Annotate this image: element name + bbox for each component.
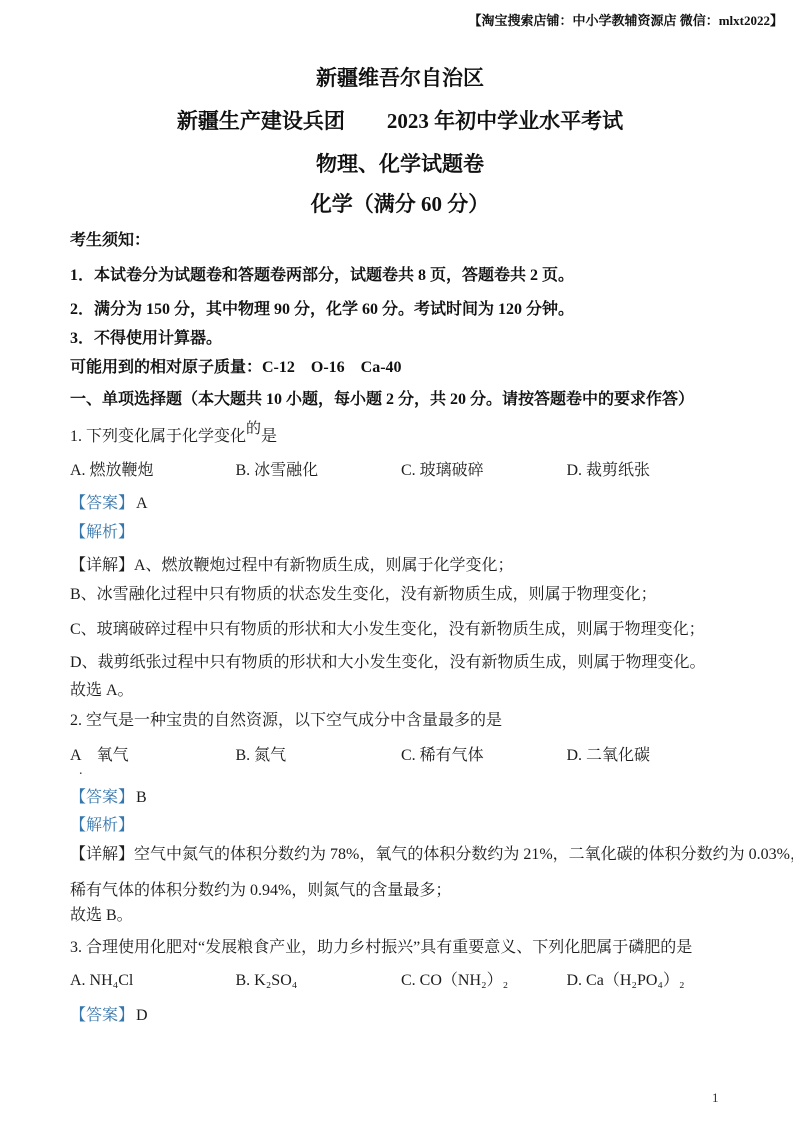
question-1-detail-3: C、玻璃破碎过程中只有物质的形状和大小发生变化，没有新物质生成，则属于物理变化； xyxy=(70,619,732,641)
analysis-label: 【解析】 xyxy=(70,524,134,541)
question-2-answer-line: 【答案】B xyxy=(70,787,732,809)
question-1-detail-1: 【详解】A、燃放鞭炮过程中有新物质生成，则属于化学变化； xyxy=(70,555,732,577)
question-1-stem-superscript: 的 xyxy=(246,421,261,437)
answer-label: 【答案】 xyxy=(70,495,134,512)
question-1-stem-tail: 是 xyxy=(261,428,277,445)
question-1-answer-value: A xyxy=(136,495,148,512)
question-1-option-c: C. 玻璃破碎 xyxy=(401,460,567,482)
title-region: 新疆维吾尔自治区 xyxy=(70,64,730,92)
question-1-stem-text: 1. 下列变化属于化学变化 xyxy=(70,428,246,445)
question-3-answer-value: D xyxy=(136,1007,148,1024)
question-3-option-d: D. Ca（H₂PO₄）₂ xyxy=(567,970,733,992)
question-3-answer-line: 【答案】D xyxy=(70,1005,732,1027)
question-1-option-b: B. 冰雪融化 xyxy=(236,460,402,482)
question-2-option-d: D. 二氧化碳 xyxy=(567,745,733,767)
question-2-stem: 2. 空气是一种宝贵的自然资源，以下空气成分中含量最多的是 xyxy=(70,710,732,732)
question-2-detail-1: 【详解】空气中氮气的体积分数约为 78%，氧气的体积分数约为 21%，二氧化碳的… xyxy=(70,844,732,866)
notice-item-3: 3．不得使用计算器。 xyxy=(70,328,732,350)
question-3-option-c: C. CO（NH₂）₂ xyxy=(401,970,567,992)
question-2-answer-value: B xyxy=(136,789,147,806)
question-2-analysis-line: 【解析】 xyxy=(70,815,732,837)
exam-document-page: 【淘宝搜索店铺：中小学教辅资源店 微信：mlxt2022】 新疆维吾尔自治区 新… xyxy=(0,0,793,1122)
question-2-option-a-stray-dot: . xyxy=(79,760,83,782)
question-1-options: A. 燃放鞭炮B. 冰雪融化C. 玻璃破碎D. 裁剪纸张 xyxy=(70,460,732,482)
question-2-options: A 氧气.B. 氮气C. 稀有气体D. 二氧化碳 xyxy=(70,745,732,767)
question-3-stem: 3. 合理使用化肥对“发展粮食产业，助力乡村振兴”具有重要意义、下列化肥属于磷肥… xyxy=(70,937,732,959)
question-2-option-c: C. 稀有气体 xyxy=(401,745,567,767)
question-1-detail-4: D、裁剪纸张过程中只有物质的形状和大小发生变化，没有新物质生成，则属于物理变化。 xyxy=(70,652,732,674)
answer-label: 【答案】 xyxy=(70,789,134,806)
section-heading: 一、单项选择题（本大题共 10 小题，每小题 2 分，共 20 分。请按答题卷中… xyxy=(70,389,732,411)
question-1-analysis-line: 【解析】 xyxy=(70,522,732,544)
analysis-label: 【解析】 xyxy=(70,817,134,834)
page-number: 1 xyxy=(712,1090,719,1106)
question-1-conclusion: 故选 A。 xyxy=(70,680,732,702)
answer-label: 【答案】 xyxy=(70,1007,134,1024)
notice-heading: 考生须知： xyxy=(70,230,732,252)
question-1-answer-line: 【答案】A xyxy=(70,493,732,515)
question-3-option-b: B. K₂SO₄ xyxy=(236,970,402,992)
question-1-stem: 1. 下列变化属于化学变化的是 xyxy=(70,426,732,448)
atomic-mass-line: 可能用到的相对原子质量：C-12 O-16 Ca-40 xyxy=(70,357,732,379)
question-1-option-d: D. 裁剪纸张 xyxy=(567,460,733,482)
question-1-option-a: A. 燃放鞭炮 xyxy=(70,460,236,482)
question-2-conclusion: 故选 B。 xyxy=(70,905,732,927)
question-2-option-b: B. 氮气 xyxy=(236,745,402,767)
title-paper-name: 物理、化学试题卷 xyxy=(70,150,730,178)
title-exam-name: 新疆生产建设兵团 2023 年初中学业水平考试 xyxy=(70,107,730,135)
question-2-option-a: A 氧气. xyxy=(70,745,236,767)
question-2-detail-2: 稀有气体的体积分数约为 0.94%，则氮气的含量最多； xyxy=(70,880,732,902)
question-1-detail-2: B、冰雪融化过程中只有物质的状态发生变化，没有新物质生成，则属于物理变化； xyxy=(70,584,732,606)
question-3-option-a: A. NH₄Cl xyxy=(70,970,236,992)
question-3-options: A. NH₄ClB. K₂SO₄C. CO（NH₂）₂D. Ca（H₂PO₄）₂ xyxy=(70,970,732,992)
title-subject: 化学（满分 60 分） xyxy=(70,190,730,218)
shop-watermark-header: 【淘宝搜索店铺：中小学教辅资源店 微信：mlxt2022】 xyxy=(468,12,783,30)
notice-item-2: 2．满分为 150 分，其中物理 90 分，化学 60 分。考试时间为 120 … xyxy=(70,299,732,321)
notice-item-1: 1．本试卷分为试题卷和答题卷两部分，试题卷共 8 页，答题卷共 2 页。 xyxy=(70,265,732,287)
